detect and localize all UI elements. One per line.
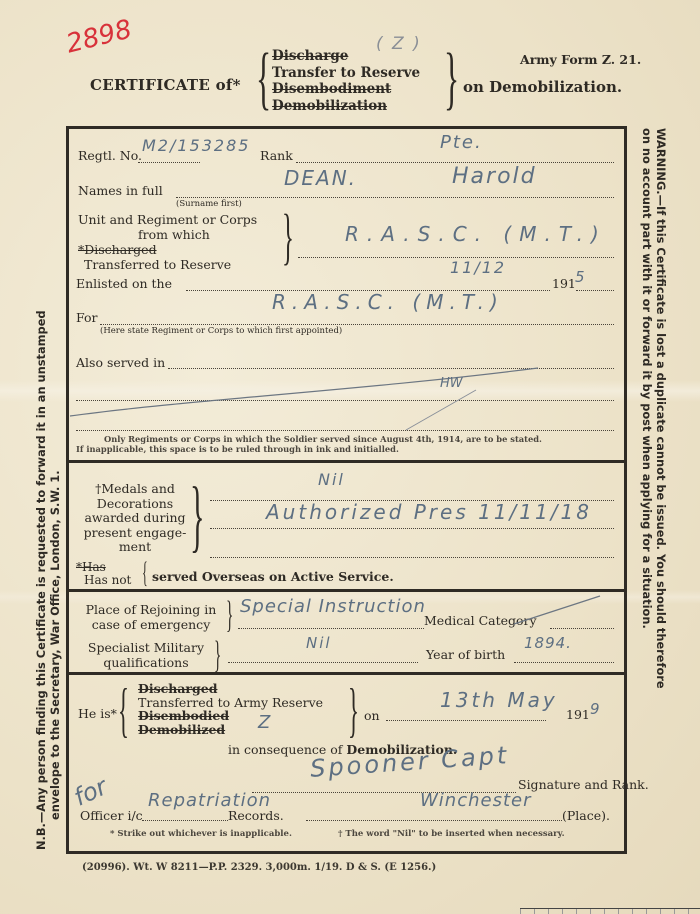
signature-label: Signature and Rank. [518,777,649,792]
regtl-no-value: M2/153285 [142,136,250,155]
title-option-disembodiment: Disembodiment [272,81,420,98]
place-label: (Place). [562,808,610,823]
brace-right: } [444,44,459,114]
medals-label: †Medals and Decorations awarded during p… [80,482,190,555]
title-annotation: ( Z ) [376,34,422,54]
medals-label-line: present engage- [80,526,190,541]
medals-label-line: †Medals and [80,482,190,497]
unit-label-line: from which [78,227,257,242]
officer-label: Officer i/c [80,808,143,823]
certificate-title: CERTIFICATE of* [90,76,241,94]
names-hint: (Surname first) [176,199,242,209]
unit-label-discharged: *Discharged [78,242,257,257]
brace-rejoining: } [226,596,233,634]
has-not-option: Has not [84,573,131,587]
rejoining-label: Place of Rejoining in case of emergency [76,602,226,632]
records-label: Records. [228,808,284,823]
rejoining-label-line: Place of Rejoining in [76,602,226,617]
margin-note-left: N.B.—Any person finding this Certificate… [34,310,62,850]
for-value: R.A.S.C. (M.T.) [272,290,504,314]
brace-he-is-right: } [348,680,359,740]
brace-he-is-left: { [118,680,129,740]
year-prefix: 191 [566,707,590,722]
specialist-label-line: qualifications [76,655,216,670]
margin-left-line-1: N.B.—Any person finding this Certificate… [34,310,48,850]
footnote-strike: * Strike out whichever is inapplicable. [110,829,292,839]
title-suffix: on Demobilization. [463,78,622,96]
specialist-value: Nil [306,634,332,652]
catalog-number: 2898 [63,14,134,59]
brace-unit: } [282,206,294,268]
rank-value: Pte. [440,132,483,153]
for-hint: (Here state Regiment or Corps to which f… [100,326,342,336]
medals-field-3[interactable] [210,543,614,558]
rejoining-label-line: case of emergency [76,617,226,632]
section-divider [66,672,627,675]
unit-label-line: Unit and Regiment or Corps [78,212,257,227]
enlisted-value: 11/12 [450,258,506,277]
section-divider [66,460,627,463]
unit-value: R.A.S.C. (M.T.) [345,222,607,246]
note-line: Only Regiments or Corps in which the Sol… [76,434,616,444]
margin-right-line-2: on no account part with it or forward it… [640,128,654,689]
for-label: For [76,310,98,325]
regtl-no-label: Regtl. No. [78,148,142,163]
margin-note-right: WARNING.—If this Certificate is lost a d… [640,128,668,689]
medals-value-2: Authorized Pres 11/11/18 [266,500,592,524]
margin-right-line-1: WARNING.—If this Certificate is lost a d… [654,128,668,689]
enlisted-year-field[interactable] [576,274,614,291]
birth-value: 1894. [524,634,572,652]
medical-category-dash [510,592,610,628]
place-value: Winchester [420,790,532,811]
unit-label-transferred: Transferred to Reserve [78,257,257,272]
has-option: *Has [76,560,106,574]
medals-value-1: Nil [318,470,345,489]
rank-label: Rank [260,148,293,163]
medals-label-line: ment [80,540,190,555]
note-line: If inapplicable, this space is to be rul… [76,444,616,454]
names-surname-value: DEAN. [284,166,357,190]
also-served-note: Only Regiments or Corps in which the Sol… [76,434,616,454]
overseas-text: served Overseas on Active Service. [152,569,394,584]
year-value: 9 [590,700,602,718]
title-option-demobilization: Demobilization [272,98,420,115]
footnote-nil: † The word "Nil" to be inserted when nec… [338,829,565,839]
margin-left-line-2: envelope to the Secretary, War Office, L… [48,310,62,850]
brace-medals: } [190,476,205,556]
medals-label-line: Decorations [80,497,190,512]
on-label: on [364,708,380,723]
enlisted-year-prefix: 191 [552,276,576,291]
birth-label: Year of birth [426,647,505,662]
ruler-edge [520,908,700,914]
status-option-discharged: Discharged [138,682,323,696]
title-options: Discharge Transfer to Reserve Disembodim… [272,48,420,114]
form-number: Army Form Z. 21. [520,52,641,67]
brace-has: { [142,558,148,588]
names-label: Names in full [78,183,163,198]
title-option-transfer: Transfer to Reserve [272,65,420,82]
brace-specialist: } [214,636,221,674]
enlisted-label: Enlisted on the [76,276,172,291]
ruled-through-line [66,360,546,440]
medals-field-1[interactable] [210,486,614,501]
status-option-demobilized: Demobilized [138,723,323,737]
he-is-label: He is* [78,706,117,721]
also-served-initials: HW [440,376,463,391]
specialist-label: Specialist Military qualifications [76,640,216,670]
medals-label-line: awarded during [80,511,190,526]
status-option-transferred: Transferred to Army Reserve [138,696,323,710]
status-option-disembodied: Disembodied [138,709,323,723]
date-value: 13th May [440,688,558,712]
specialist-label-line: Specialist Military [76,640,216,655]
imprint: (20996). Wt. W 8211—P.P. 2329. 3,000m. 1… [82,862,436,873]
brace-left: { [256,44,271,114]
class-mark: Z [258,712,272,733]
rejoining-value: Special Instruction [240,596,426,617]
status-options: Discharged Transferred to Army Reserve D… [138,682,323,736]
names-first-value: Harold [452,164,537,189]
names-field[interactable] [176,181,614,198]
unit-label: Unit and Regiment or Corps from which *D… [78,212,257,272]
